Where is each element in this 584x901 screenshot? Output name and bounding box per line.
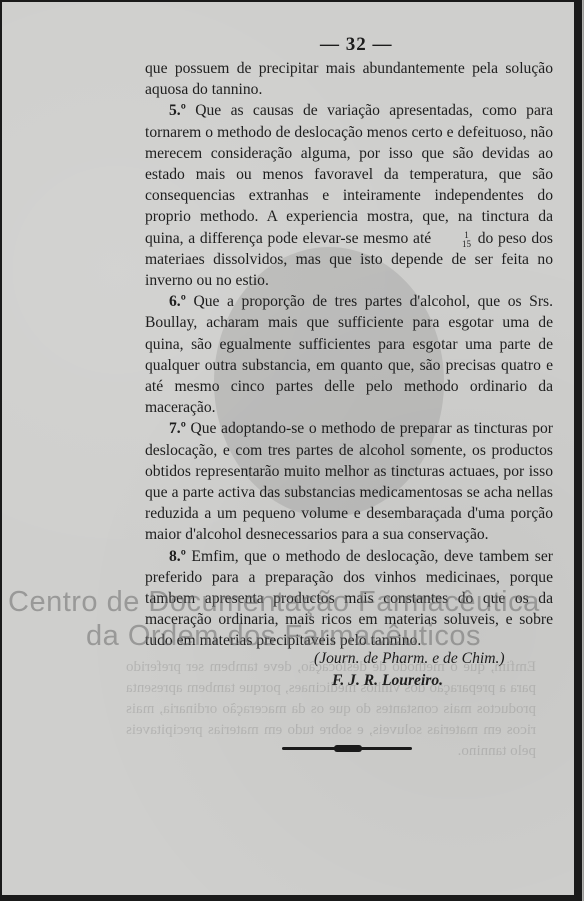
bleed-through-content: Emfim, que o methodo de deslocação, deve… xyxy=(126,659,536,759)
paragraph-6: 6.º Que a proporção de tres partes d'alc… xyxy=(145,291,553,418)
watermark-line-1: Centro de Documentação Farmacêutica xyxy=(8,586,540,619)
body-text: que possuem de precipitar mais abundante… xyxy=(145,58,553,652)
paragraph-5: 5.º Que as causas de variação apresentad… xyxy=(145,100,553,291)
paragraph-text: que possuem de precipitar mais abundante… xyxy=(145,60,553,98)
author-signature: F. J. R. Loureiro. xyxy=(332,672,443,690)
paragraph-text: Que a proporção de tres partes d'alcohol… xyxy=(145,293,553,416)
paragraph-number: 8.º xyxy=(169,548,186,565)
paragraph-number: 7.º xyxy=(169,420,186,437)
scanned-page: Emfim, que o methodo de deslocação, deve… xyxy=(2,2,574,895)
page-number: — 32 — xyxy=(320,34,393,56)
paragraph-number: 5.º xyxy=(169,102,186,119)
paragraph-continuation: que possuem de precipitar mais abundante… xyxy=(145,58,553,100)
paragraph-text: Que as causas de variação apresentadas, … xyxy=(145,102,553,246)
watermark-line-2: da Ordem dos Farmacêuticos xyxy=(86,620,481,653)
paragraph-text: Que adoptando-se o methodo de preparar a… xyxy=(145,420,553,543)
fraction: 115 xyxy=(438,231,471,249)
fraction-denominator: 15 xyxy=(438,240,471,249)
paragraph-number: 6.º xyxy=(169,293,186,310)
ornamental-rule xyxy=(282,747,412,750)
bleed-through-text: Emfim, que o methodo de deslocação, deve… xyxy=(126,657,536,817)
paragraph-7: 7.º Que adoptando-se o methodo de prepar… xyxy=(145,418,553,545)
